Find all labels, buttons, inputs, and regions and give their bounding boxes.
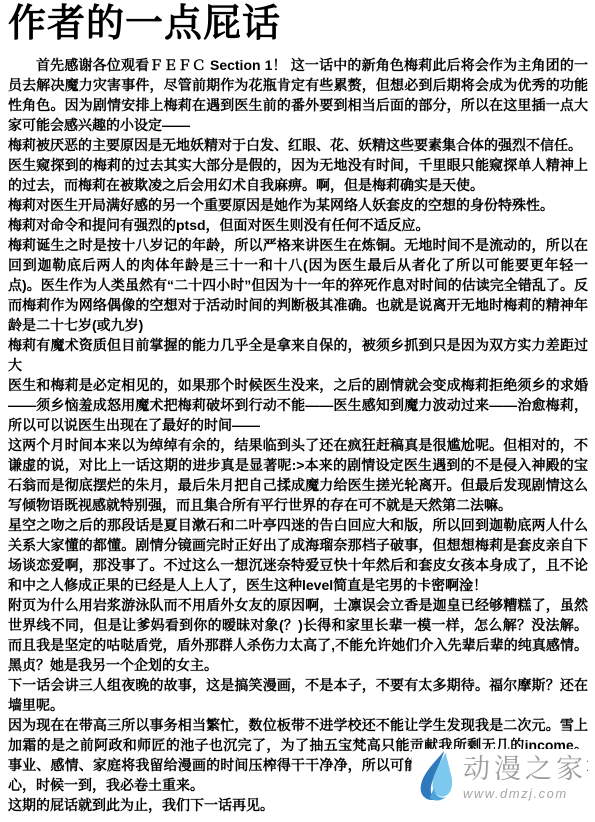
page-title: 作者的一点屁话 <box>8 2 588 46</box>
paragraph-merry-disliked: 梅莉被厌恶的主要原因是无地妖精对于白发、红眼、花、妖精这些要素集合体的强烈不信任… <box>8 135 588 155</box>
paragraph-starry-kiss: 星空之吻之后的那段话是夏目漱石和二叶亭四迷的告白回应大和版，所以回到迦勒底两人什… <box>8 515 588 595</box>
dmzj-logo: 动漫之家 www.dmzj.com <box>412 749 587 807</box>
paragraph-intro: 首先感谢各位观看ＦＥＦＣ Section 1！ 这一话中的新角色梅莉此后将会作为… <box>8 55 588 135</box>
paragraph-doctor-meeting: 医生和梅莉是必定相见的，如果那个时候医生没来，之后的剧情就会变成梅莉拒绝须乡的求… <box>8 375 588 435</box>
dmzj-flame-drop-icon <box>412 749 456 807</box>
paragraph-next-episode: 下一话会讲三人组夜晚的故事，这是搞笑漫画，不是本子，不要有太多期待。福尔摩斯？还… <box>8 675 588 715</box>
logo-site-name: 动漫之家 <box>463 756 587 783</box>
paragraph-merry-ptsd: 梅莉对命令和提问有强烈的ptsd，但面对医生则没有任何不适反应。 <box>8 215 588 235</box>
paragraph-merry-magic: 梅莉有魔术资质但目前掌握的能力几乎全是拿来自保的，被须乡抓到只是因为双方实力差距… <box>8 335 588 375</box>
dmzj-logo-text: 动漫之家 www.dmzj.com <box>463 756 587 800</box>
paragraph-deadline: 这两个月时间本来以为绰绰有余的，结果临到头了还在疯狂赶稿真是很尴尬呢。但相对的，… <box>8 435 588 515</box>
paragraph-merry-favor: 梅莉对医生开局满好感的另一个重要原因是她作为某网络人妖套皮的空想的身份特殊性。 <box>8 195 588 215</box>
paragraph-merry-age: 梅莉诞生之时是按十八岁记的年龄，所以严格来讲医生在炼铜。无地时间不是流动的，所以… <box>8 235 588 335</box>
author-note-page: 作者的一点屁话 首先感谢各位观看ＦＥＦＣ Section 1！ 这一话中的新角色… <box>0 0 595 815</box>
paragraph-extra-page: 附页为什么用岩浆游泳队而不用盾外女友的原因啊，士凛误会立香是迦皇已经够糟糕了，虽… <box>8 595 588 675</box>
author-note-content: 首先感谢各位观看ＦＥＦＣ Section 1！ 这一话中的新角色梅莉此后将会作为… <box>8 55 588 815</box>
logo-site-url: www.dmzj.com <box>463 787 587 800</box>
paragraph-merry-past: 医生窥探到的梅莉的过去其实大部分是假的，因为无地没有时间，千里眼只能窥探单人精神… <box>8 155 588 195</box>
